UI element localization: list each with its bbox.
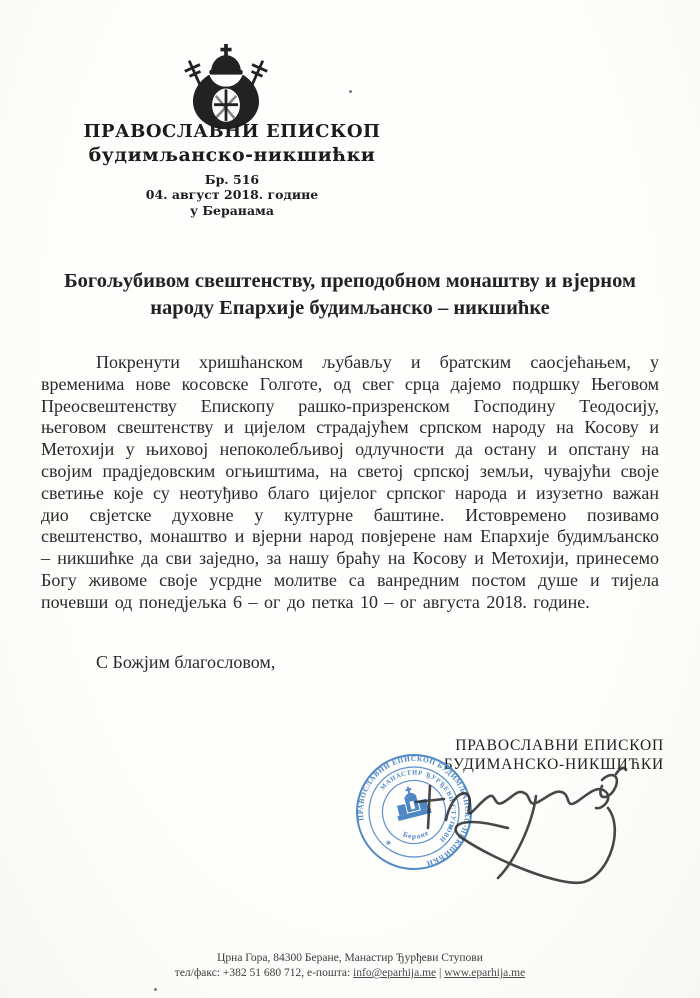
footer-contacts: тел/факс: +382 51 680 712, е-пошта: info… (0, 966, 700, 981)
episcopal-coat-of-arms-icon (170, 44, 282, 132)
letter-page: ПРАВОСЛАВНИ ЕПИСКОП будимљанско-никшићки… (0, 0, 700, 998)
letterhead-title-line1: ПРАВОСЛАВНИ ЕПИСКОП (20, 120, 444, 143)
email-link[interactable]: info@eparhija.me (353, 967, 436, 979)
letterhead: ПРАВОСЛАВНИ ЕПИСКОП будимљанско-никшићки… (20, 120, 444, 219)
letter-body-paragraph: Покренути хришћанском љубављу и братским… (41, 352, 659, 614)
footer: Црна Гора, 84300 Беране, Манастир Ђурђев… (0, 951, 700, 981)
letter-place: у Беранама (20, 203, 444, 219)
website-link[interactable]: www.eparhija.me (444, 967, 525, 979)
footer-separator: | (436, 967, 444, 979)
letterhead-title-line2: будимљанско-никшићки (20, 143, 444, 167)
signature-title-line1: ПРАВОСЛАВНИ ЕПИСКОП (444, 737, 664, 756)
closing-line: С Божјим благословом, (41, 652, 275, 673)
scan-speck (154, 988, 157, 991)
footer-address: Црна Гора, 84300 Беране, Манастир Ђурђев… (0, 951, 700, 966)
salutation-heading: Богољубивом свештенству, преподобном мон… (40, 268, 660, 322)
scan-speck (349, 90, 352, 93)
footer-phone-email-label: тел/факс: +382 51 680 712, е-пошта: (175, 967, 353, 979)
letter-date: 04. август 2018. године (20, 187, 444, 203)
letter-number: Бр. 516 (20, 172, 444, 187)
bishop-signature (386, 766, 666, 898)
